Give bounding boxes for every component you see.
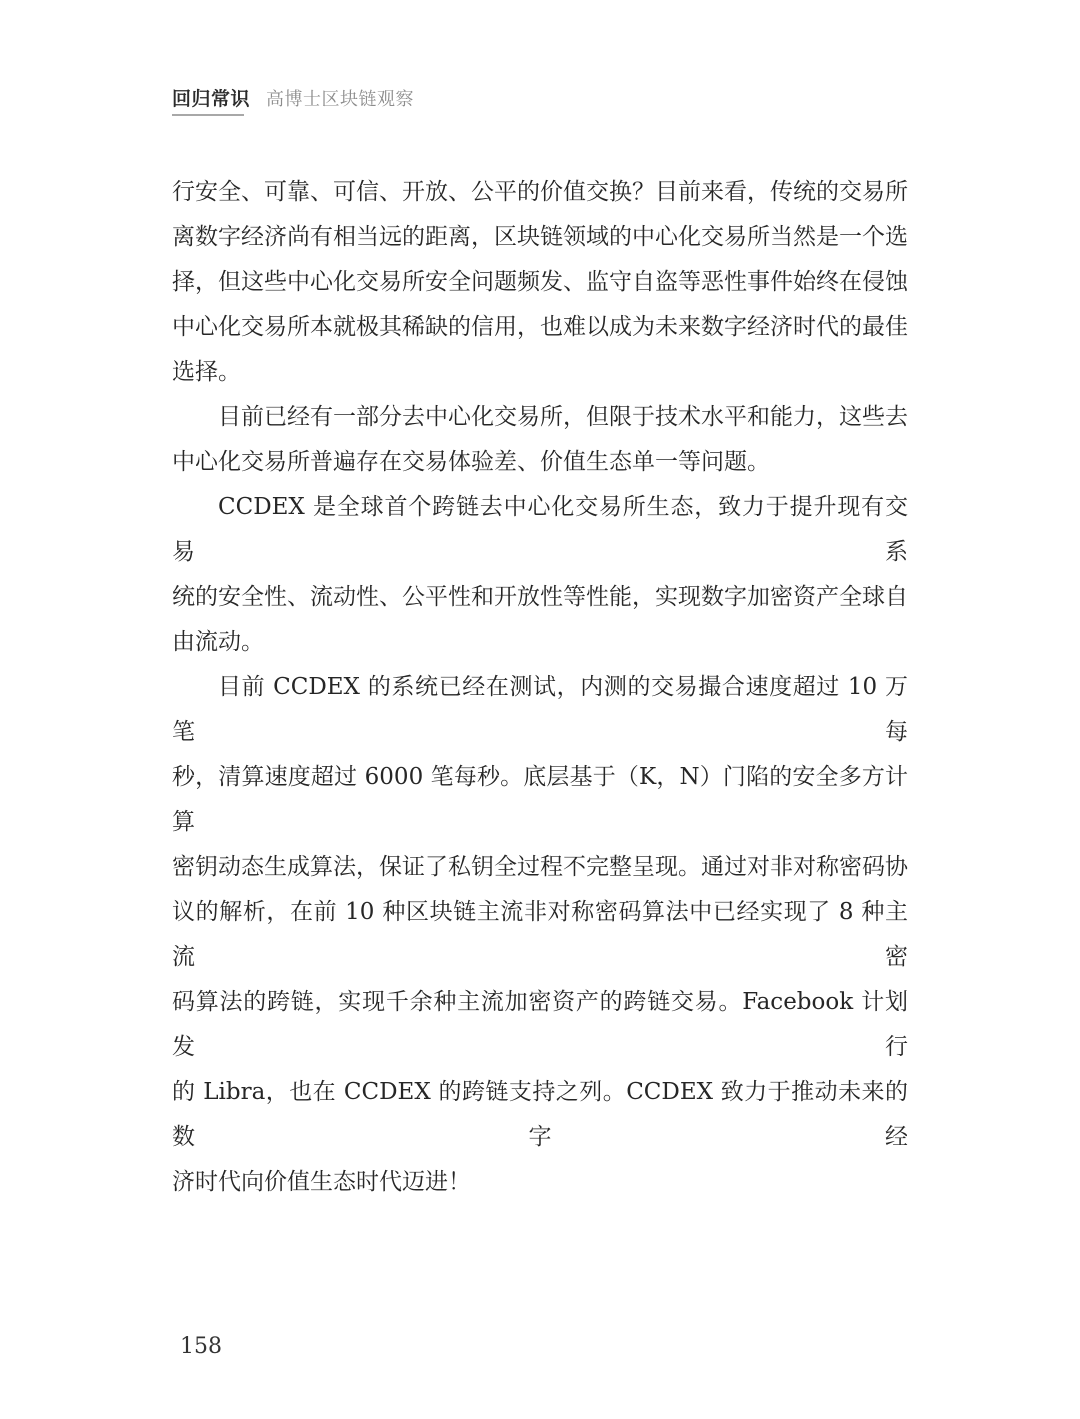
header-subtitle: 高博士区块链观察 (266, 85, 414, 111)
book-page: 回归常识 高博士区块链观察 行安全、可靠、可信、开放、公平的价值交换？目前来看，… (0, 0, 1080, 1419)
page-header: 回归常识 高博士区块链观察 (172, 84, 414, 111)
page-number: 158 (180, 1334, 222, 1359)
text-line: 统的安全性、流动性、公平性和开放性等性能，实现数字加密资产全球自 (172, 575, 908, 620)
body-text: 行安全、可靠、可信、开放、公平的价值交换？目前来看，传统的交易所离数字经济尚有相… (172, 170, 908, 1205)
header-section-title: 回归常识 (172, 84, 250, 111)
text-line: 离数字经济尚有相当远的距离，区块链领域的中心化交易所当然是一个选 (172, 215, 908, 260)
text-line: 目前已经有一部分去中心化交易所，但限于技术水平和能力，这些去 (172, 395, 908, 440)
header-underline (172, 114, 244, 116)
text-line: 中心化交易所普遍存在交易体验差、价值生态单一等问题。 (172, 440, 908, 485)
text-line: 密钥动态生成算法，保证了私钥全过程不完整呈现。通过对非对称密码协 (172, 845, 908, 890)
text-line: CCDEX 是全球首个跨链去中心化交易所生态，致力于提升现有交易系 (172, 485, 908, 575)
text-line: 的 Libra，也在 CCDEX 的跨链支持之列。CCDEX 致力于推动未来的数… (172, 1070, 908, 1160)
text-line: 秒，清算速度超过 6000 笔每秒。底层基于（K，N）门陷的安全多方计算 (172, 755, 908, 845)
text-line: 中心化交易所本就极其稀缺的信用，也难以成为未来数字经济时代的最佳 (172, 305, 908, 350)
text-line: 济时代向价值生态时代迈进！ (172, 1160, 908, 1205)
text-line: 择，但这些中心化交易所安全问题频发、监守自盗等恶性事件始终在侵蚀 (172, 260, 908, 305)
text-line: 由流动。 (172, 620, 908, 665)
text-line: 码算法的跨链，实现千余种主流加密资产的跨链交易。Facebook 计划发行 (172, 980, 908, 1070)
text-line: 行安全、可靠、可信、开放、公平的价值交换？目前来看，传统的交易所 (172, 170, 908, 215)
text-line: 目前 CCDEX 的系统已经在测试，内测的交易撮合速度超过 10 万笔每 (172, 665, 908, 755)
text-line: 议的解析，在前 10 种区块链主流非对称密码算法中已经实现了 8 种主流密 (172, 890, 908, 980)
text-line: 选择。 (172, 350, 908, 395)
